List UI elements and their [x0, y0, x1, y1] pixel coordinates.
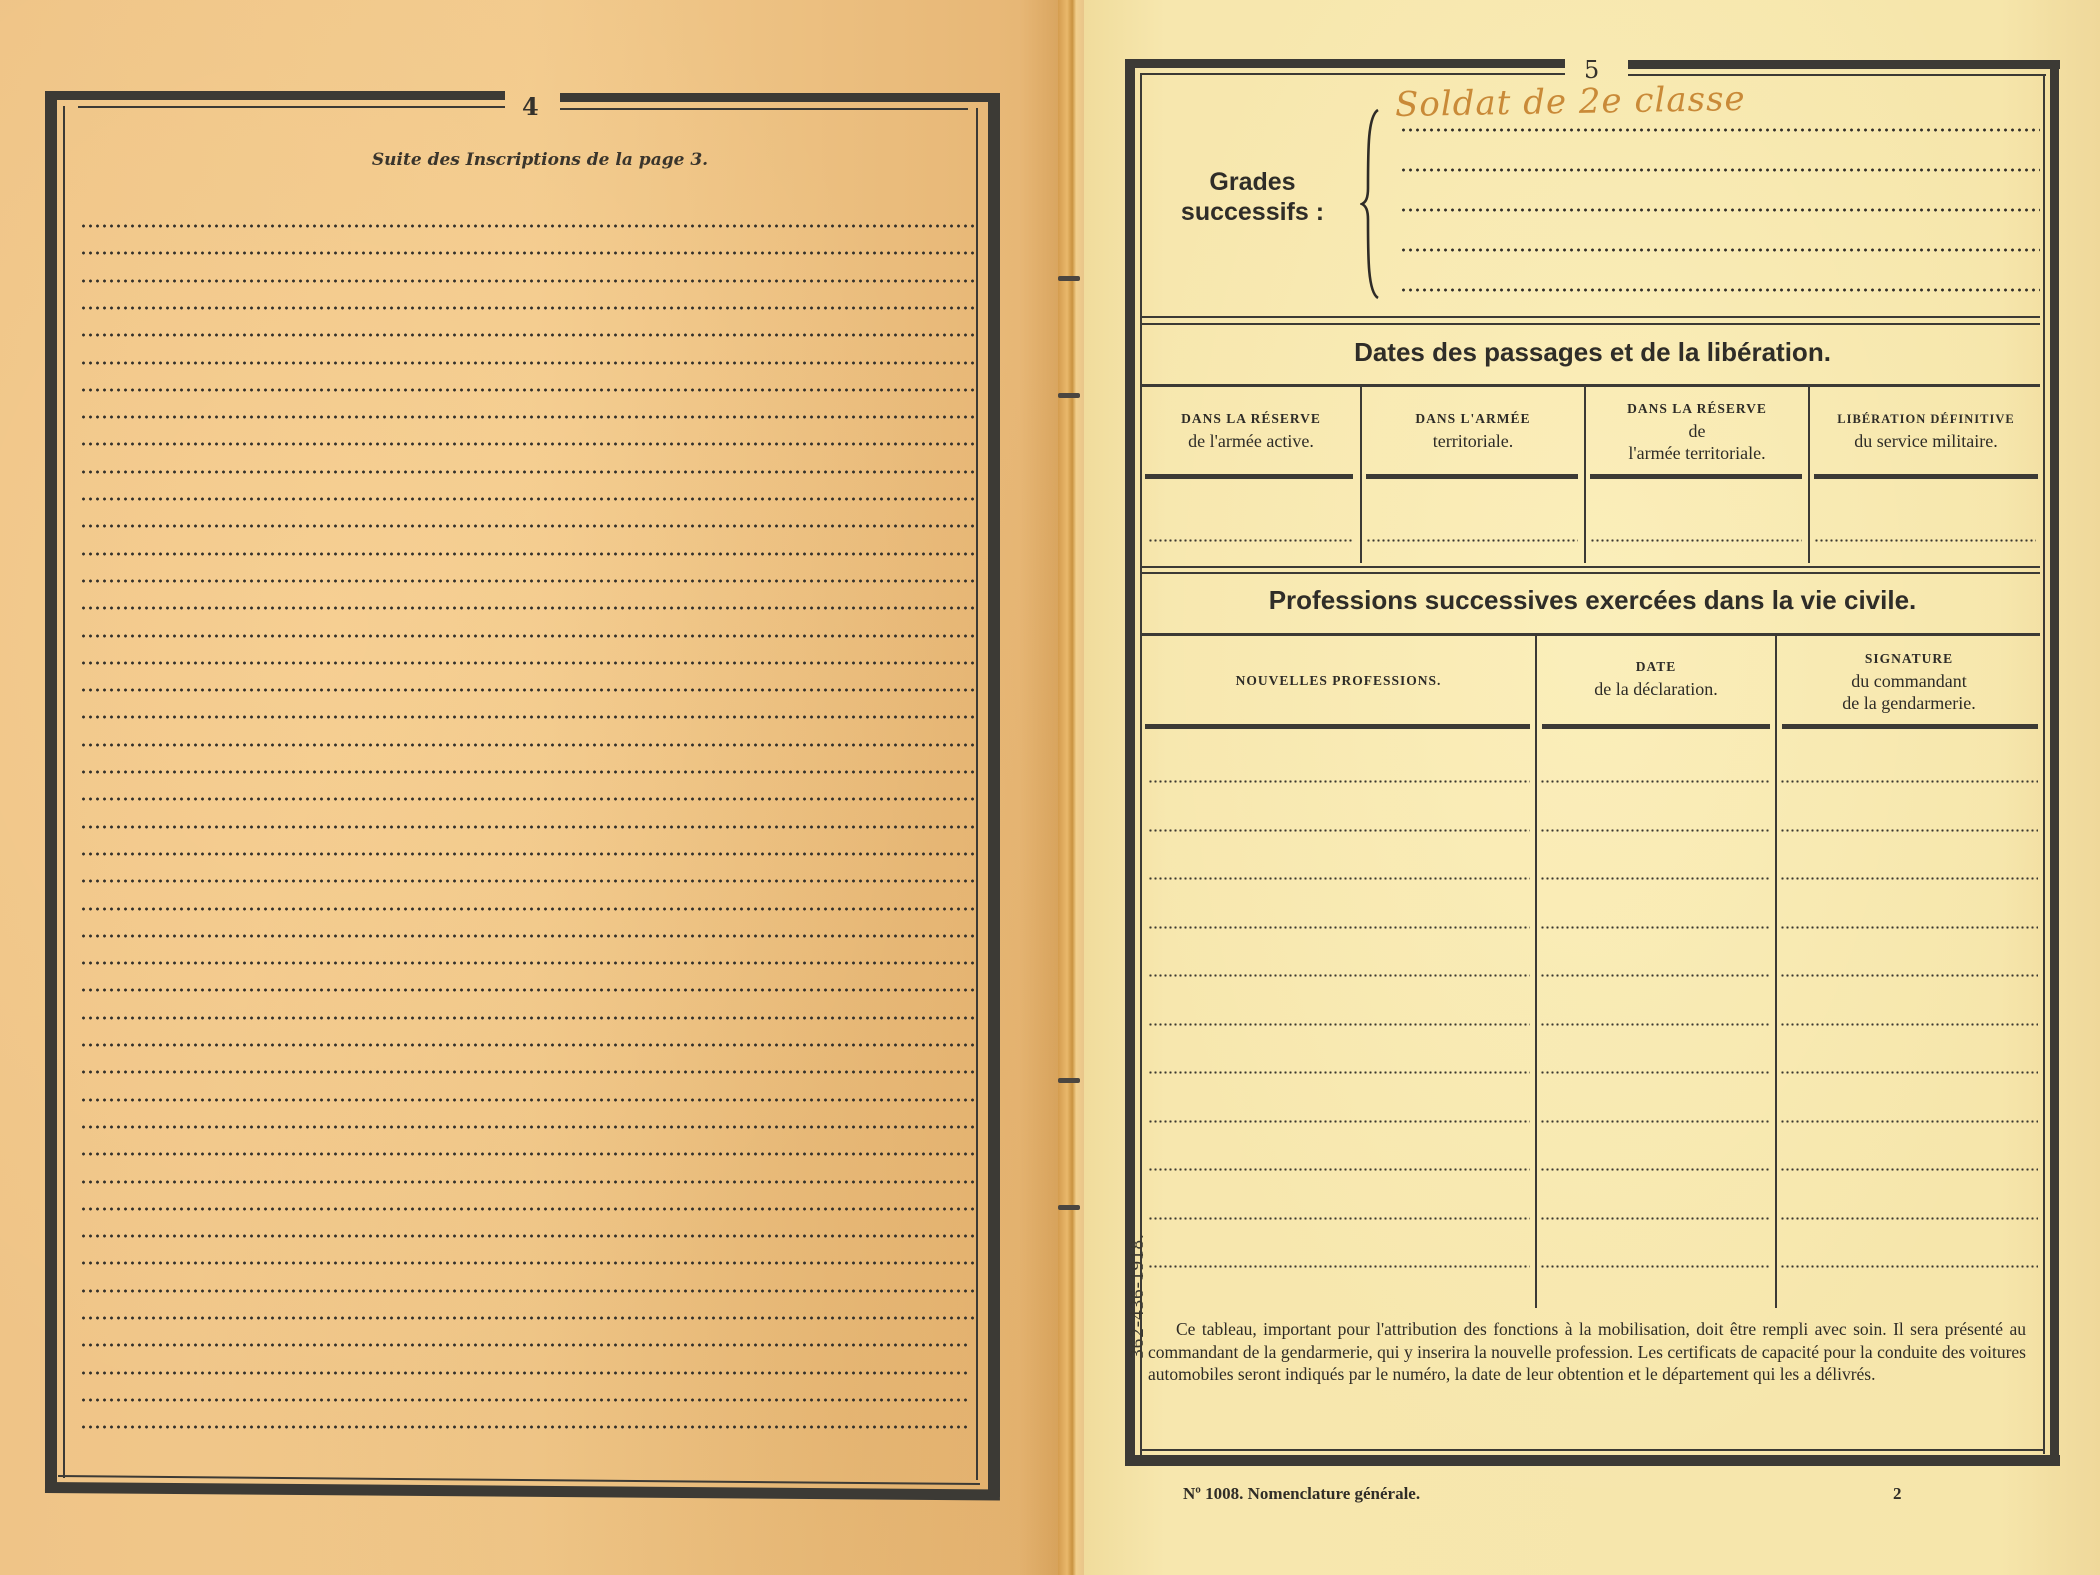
- professions-col-rule: [1145, 724, 1530, 729]
- ruled-line[interactable]: [80, 1261, 975, 1265]
- ruled-line[interactable]: [80, 1371, 967, 1375]
- grade-line-4[interactable]: [1400, 248, 2040, 252]
- grade-line-2[interactable]: [1400, 168, 2040, 172]
- footer-form-number: Nº 1008. Nomenclature générale.: [1183, 1484, 1420, 1504]
- dates-col-header-4: Libération définitive du service militai…: [1810, 408, 2042, 452]
- dates-col-rule: [1814, 474, 2038, 479]
- ruled-line[interactable]: [80, 1398, 967, 1402]
- ruled-line[interactable]: [80, 1425, 967, 1429]
- frame-left-inner: [63, 106, 65, 1478]
- professions-header-rule: [1142, 633, 2040, 636]
- dates-entry-field-2[interactable]: [1366, 539, 1578, 542]
- frame-inner-top-right: [1628, 74, 2046, 76]
- ruled-line[interactable]: [80, 552, 975, 556]
- ruled-line[interactable]: [80, 306, 975, 310]
- ruled-line[interactable]: [80, 879, 975, 883]
- dates-entry-field-1[interactable]: [1148, 539, 1352, 542]
- professions-row-field-col1[interactable]: [1148, 1168, 1530, 1171]
- dates-col-rule: [1366, 474, 1578, 479]
- grade-entry-handwritten[interactable]: Soldat de 2e classe: [1395, 79, 1746, 125]
- ruled-line[interactable]: [80, 1098, 975, 1102]
- ruled-line[interactable]: [80, 251, 975, 255]
- professions-row-field-col3[interactable]: [1780, 1168, 2038, 1171]
- professions-row-field-col3[interactable]: [1780, 1217, 2038, 1220]
- professions-row-field-col3[interactable]: [1780, 1023, 2038, 1026]
- professions-row-field-col2[interactable]: [1540, 1168, 1770, 1171]
- frame-top-right-segment: [560, 93, 1000, 102]
- professions-row-field-col2[interactable]: [1540, 974, 1770, 977]
- section-divider: [1142, 566, 2040, 568]
- professions-row-field-col3[interactable]: [1780, 1071, 2038, 1074]
- section-divider: [1142, 323, 2040, 325]
- professions-row-field-col2[interactable]: [1540, 1023, 1770, 1026]
- book-binding: [1058, 0, 1084, 1575]
- dates-col-rule: [1590, 474, 1802, 479]
- professions-col-divider: [1535, 636, 1537, 1308]
- dates-col-header-2: Dans l'armée territoriale.: [1362, 408, 1584, 452]
- ruled-line[interactable]: [80, 1207, 975, 1211]
- ruled-line[interactable]: [80, 1125, 975, 1129]
- ruled-line[interactable]: [80, 415, 975, 419]
- ruled-line[interactable]: [80, 224, 975, 228]
- professions-row-field-col1[interactable]: [1148, 780, 1530, 783]
- professions-col-header-3: Signature du commandant de la gendarmeri…: [1777, 648, 2041, 714]
- footer-sheet-number: 2: [1893, 1484, 1902, 1504]
- professions-row-field-col2[interactable]: [1540, 877, 1770, 880]
- binding-stitch: [1058, 393, 1080, 398]
- professions-row-field-col3[interactable]: [1780, 1265, 2038, 1268]
- frame-inner-top-right: [560, 108, 968, 110]
- ruled-line[interactable]: [80, 907, 975, 911]
- professions-col-rule: [1782, 724, 2038, 729]
- professions-row-field-col1[interactable]: [1148, 974, 1530, 977]
- ruled-line[interactable]: [80, 1152, 975, 1156]
- professions-row-field-col1[interactable]: [1148, 1120, 1530, 1123]
- frame-right-inner: [2043, 74, 2045, 1454]
- professions-row-field-col1[interactable]: [1148, 1023, 1530, 1026]
- professions-row-field-col3[interactable]: [1780, 780, 2038, 783]
- ruled-line[interactable]: [80, 279, 975, 283]
- professions-row-field-col1[interactable]: [1148, 1217, 1530, 1220]
- professions-row-field-col2[interactable]: [1540, 1265, 1770, 1268]
- ruled-line[interactable]: [80, 470, 975, 474]
- ruled-line[interactable]: [80, 1180, 975, 1184]
- professions-row-field-col2[interactable]: [1540, 926, 1770, 929]
- left-page: 4 Suite des Inscriptions de la page 3.: [0, 0, 1062, 1575]
- frame-right-outer: [2050, 60, 2059, 1460]
- grades-label-line2: successifs :: [1165, 197, 1340, 227]
- binding-stitch: [1058, 1205, 1080, 1210]
- dates-section-title: Dates des passages et de la libération.: [1145, 337, 2040, 368]
- professions-row-field-col3[interactable]: [1780, 926, 2038, 929]
- page-number: 4: [522, 92, 539, 121]
- ruled-line[interactable]: [80, 825, 975, 829]
- dates-col-header-3: Dans la réserve de l'armée territoriale.: [1586, 398, 1808, 464]
- ruled-line[interactable]: [80, 1016, 975, 1020]
- ruled-line[interactable]: [80, 1289, 975, 1293]
- grade-line-1[interactable]: [1400, 128, 2040, 132]
- professions-row-field-col1[interactable]: [1148, 926, 1530, 929]
- print-code: 362-436-1918.: [1127, 1226, 1149, 1366]
- professions-col-divider: [1775, 636, 1777, 1308]
- professions-row-field-col3[interactable]: [1780, 974, 2038, 977]
- ruled-line[interactable]: [80, 661, 975, 665]
- grade-line-3[interactable]: [1400, 208, 2040, 212]
- ruled-line[interactable]: [80, 743, 975, 747]
- professions-row-field-col1[interactable]: [1148, 877, 1530, 880]
- professions-row-field-col3[interactable]: [1780, 1120, 2038, 1123]
- grades-label-line1: Grades: [1165, 167, 1340, 197]
- ruled-line[interactable]: [80, 1316, 975, 1320]
- dates-col-header-1: Dans la réserve de l'armée active.: [1142, 408, 1360, 452]
- ruled-line[interactable]: [80, 961, 975, 965]
- professions-row-field-col2[interactable]: [1540, 1120, 1770, 1123]
- professions-row-field-col3[interactable]: [1780, 829, 2038, 832]
- grades-label: Grades successifs :: [1165, 167, 1340, 227]
- ruled-line[interactable]: [80, 934, 975, 938]
- ruled-line[interactable]: [80, 988, 975, 992]
- binding-stitch: [1058, 276, 1080, 281]
- frame-top-right-segment: [1628, 60, 2060, 69]
- frame-inner-top-left: [1142, 73, 1565, 75]
- ruled-line[interactable]: [80, 1070, 975, 1074]
- professions-col-rule: [1542, 724, 1770, 729]
- page-number: 5: [1584, 56, 1599, 84]
- ruled-line[interactable]: [80, 442, 975, 446]
- dates-entry-field-4[interactable]: [1814, 539, 2036, 542]
- frame-top-left-segment: [1125, 59, 1565, 68]
- ruled-line[interactable]: [80, 524, 975, 528]
- binding-stitch: [1058, 1078, 1080, 1083]
- frame-inner-bottom: [1140, 1449, 2045, 1451]
- grade-line-5[interactable]: [1400, 288, 2040, 292]
- ruled-line[interactable]: [80, 1343, 967, 1347]
- frame-right-inner: [976, 108, 978, 1480]
- brace-icon: [1360, 108, 1384, 300]
- ruled-line[interactable]: [80, 333, 975, 337]
- ruled-line[interactable]: [80, 1043, 975, 1047]
- professions-col-header-2: Date de la déclaration.: [1537, 656, 1775, 700]
- ruled-line[interactable]: [80, 715, 975, 719]
- frame-bottom: [45, 1482, 1000, 1501]
- professions-section-title: Professions successives exercées dans la…: [1145, 585, 2040, 616]
- professions-row-field-col1[interactable]: [1148, 1071, 1530, 1074]
- dates-entry-field-3[interactable]: [1590, 539, 1802, 542]
- ruled-line[interactable]: [80, 770, 975, 774]
- ruled-line[interactable]: [80, 388, 975, 392]
- section-divider: [1142, 316, 2040, 318]
- ruled-line[interactable]: [80, 852, 975, 856]
- instructions-note: Ce tableau, important pour l'attribution…: [1148, 1318, 2026, 1386]
- frame-bottom: [1125, 1455, 2060, 1466]
- ruled-line[interactable]: [80, 634, 975, 638]
- page-subtitle: Suite des Inscriptions de la page 3.: [360, 150, 720, 170]
- frame-top-left-segment: [45, 91, 505, 100]
- section-divider: [1142, 572, 2040, 574]
- professions-row-field-col1[interactable]: [1148, 829, 1530, 832]
- frame-inner-top-left: [78, 106, 505, 108]
- professions-row-field-col2[interactable]: [1540, 1217, 1770, 1220]
- ruled-line[interactable]: [80, 797, 975, 801]
- professions-row-field-col2[interactable]: [1540, 780, 1770, 783]
- ruled-line[interactable]: [80, 688, 975, 692]
- ruled-line[interactable]: [80, 606, 975, 610]
- ruled-line[interactable]: [80, 361, 975, 365]
- frame-right-outer: [988, 93, 1000, 1497]
- ruled-line[interactable]: [80, 579, 975, 583]
- professions-row-field-col2[interactable]: [1540, 829, 1770, 832]
- professions-row-field-col2[interactable]: [1540, 1071, 1770, 1074]
- dates-col-rule: [1145, 474, 1353, 479]
- frame-left-outer: [45, 91, 57, 1493]
- ruled-line[interactable]: [80, 1234, 975, 1238]
- professions-col-header-1: Nouvelles professions.: [1142, 670, 1535, 692]
- ruled-line[interactable]: [80, 497, 975, 501]
- professions-row-field-col1[interactable]: [1148, 1265, 1530, 1268]
- dates-header-rule: [1142, 384, 2040, 387]
- professions-row-field-col3[interactable]: [1780, 877, 2038, 880]
